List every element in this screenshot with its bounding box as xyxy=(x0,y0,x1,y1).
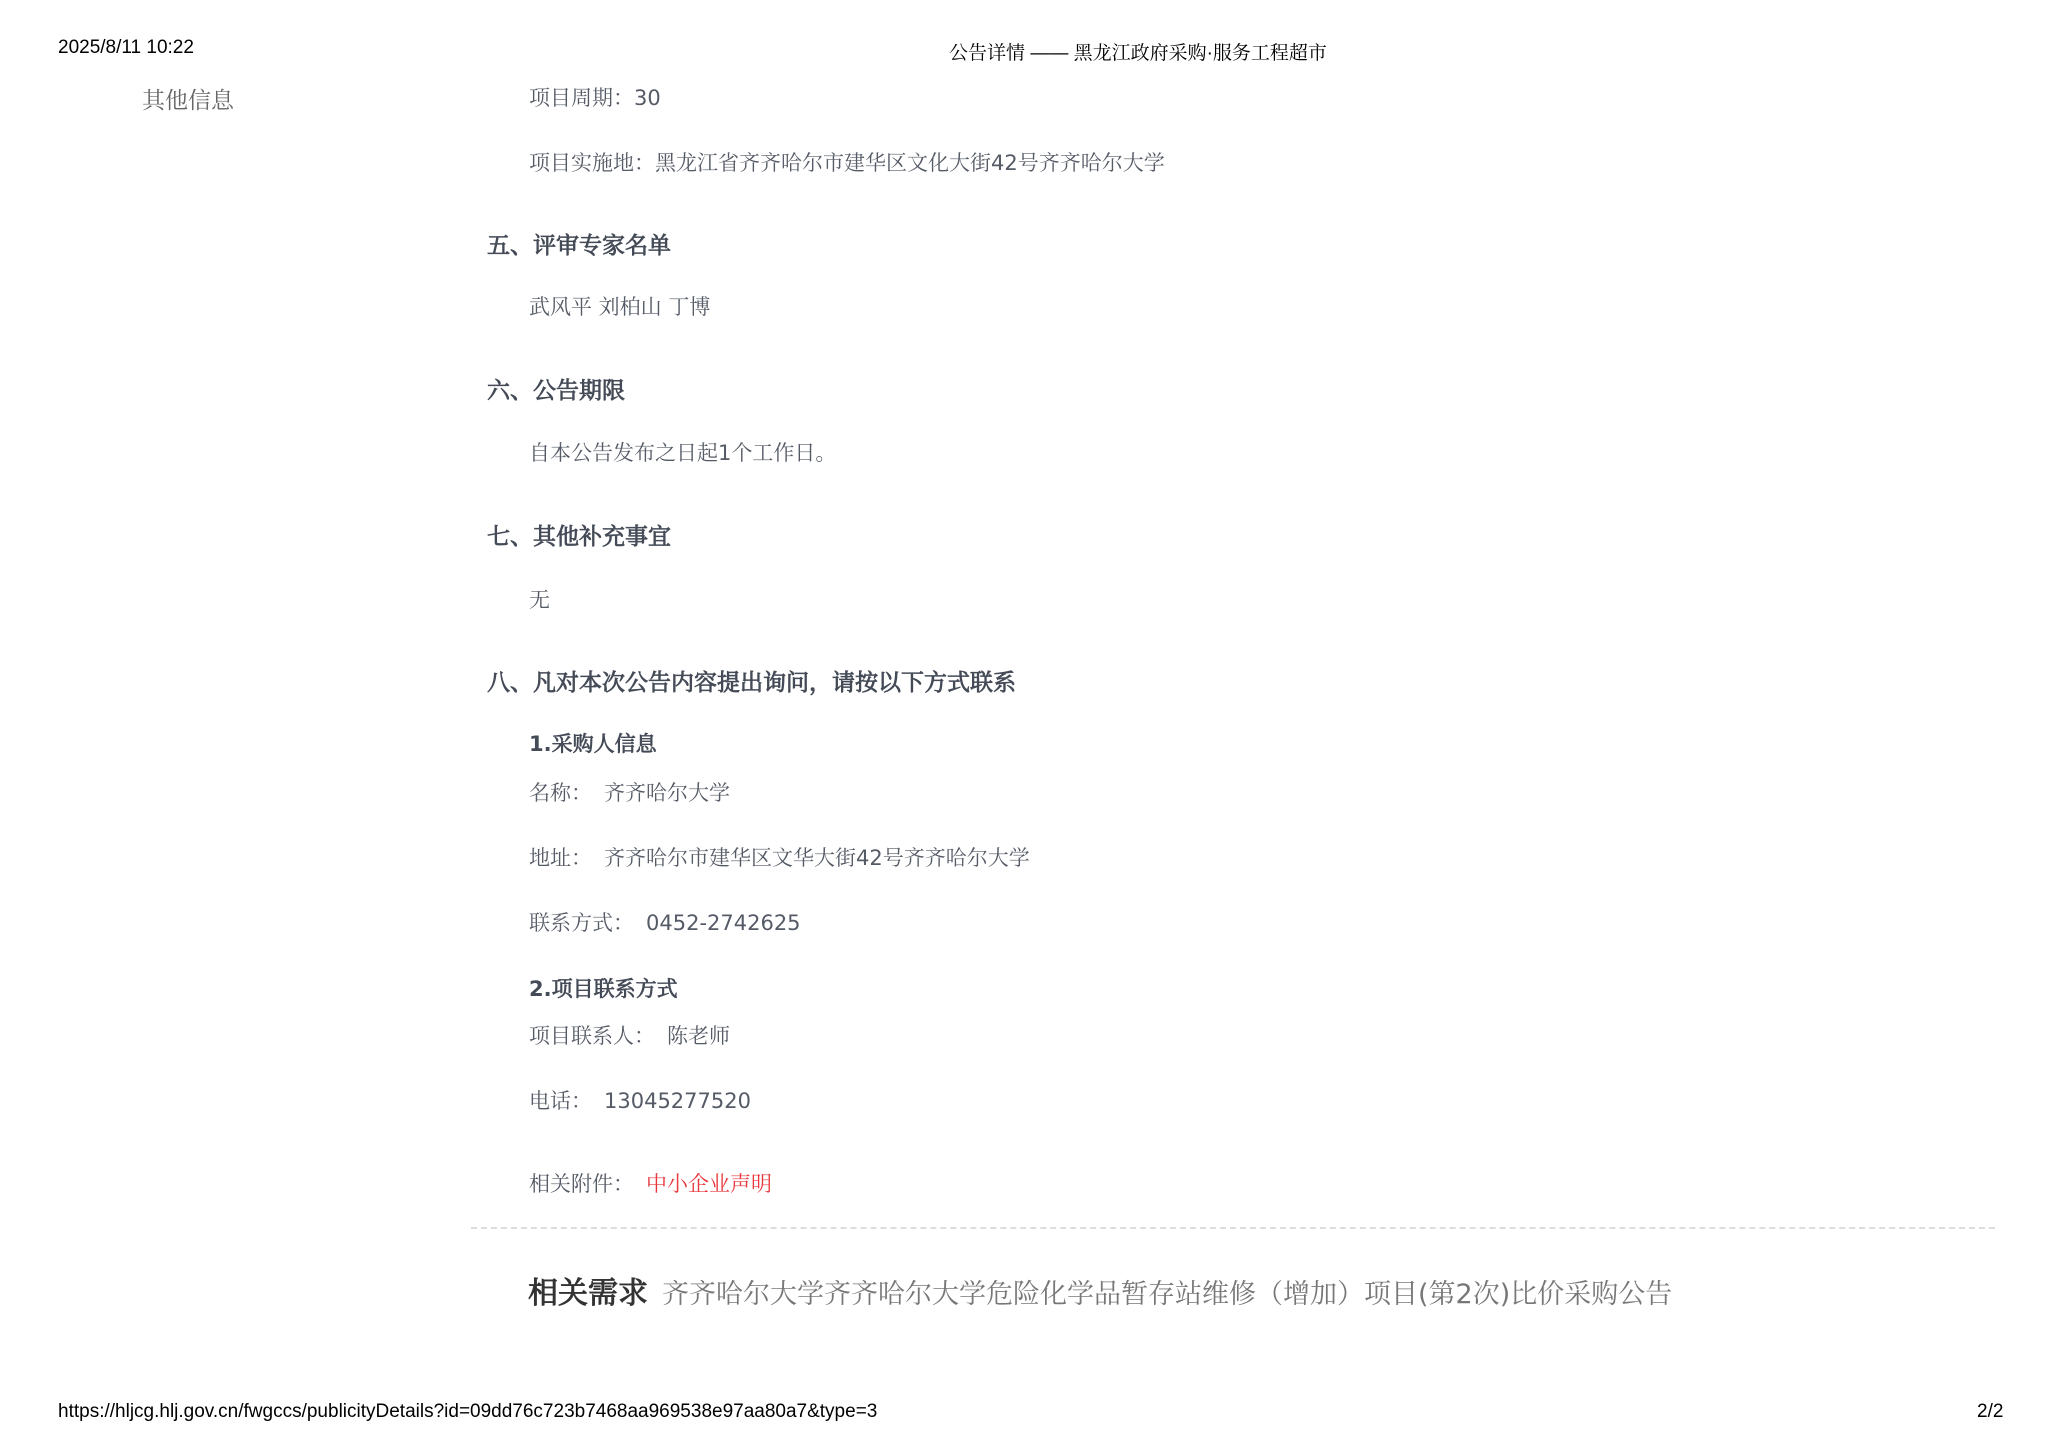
section-heading-contact: 八、凡对本次公告内容提出询问，请按以下方式联系 xyxy=(487,664,1016,697)
attachment-link-sme-declaration[interactable]: 中小企业声明 xyxy=(646,1172,772,1196)
section-heading-experts: 五、评审专家名单 xyxy=(487,227,671,260)
contact-person-value: 陈老师 xyxy=(667,1024,730,1048)
contact-person-label: 项目联系人： xyxy=(529,1024,655,1048)
section-heading-period: 六、公告期限 xyxy=(487,372,625,405)
related-label: 相关需求 xyxy=(528,1276,648,1311)
project-contact-phone: 电话：13045277520 xyxy=(529,1085,751,1115)
purchaser-contact: 联系方式：0452-2742625 xyxy=(529,907,801,937)
project-period: 项目周期：30 xyxy=(529,82,661,112)
purchaser-name: 名称：齐齐哈尔大学 xyxy=(529,777,730,807)
phone-label: 电话： xyxy=(529,1089,592,1113)
notice-period: 自本公告发布之日起1个工作日。 xyxy=(529,437,836,467)
purchaser-name-value: 齐齐哈尔大学 xyxy=(604,781,730,805)
purchaser-address: 地址：齐齐哈尔市建华区文华大街42号齐齐哈尔大学 xyxy=(529,842,1030,872)
purchaser-name-label: 名称： xyxy=(529,781,592,805)
purchaser-address-value: 齐齐哈尔市建华区文华大街42号齐齐哈尔大学 xyxy=(604,846,1030,870)
project-contact-person: 项目联系人：陈老师 xyxy=(529,1020,730,1050)
purchaser-address-label: 地址： xyxy=(529,846,592,870)
phone-value: 13045277520 xyxy=(604,1089,751,1113)
section-heading-other: 七、其他补充事宜 xyxy=(487,518,671,551)
divider xyxy=(471,1227,1995,1229)
related-requirement-link[interactable]: 齐齐哈尔大学齐齐哈尔大学危险化学品暂存站维修（增加）项目(第2次)比价采购公告 xyxy=(662,1279,1672,1310)
sidebar-item-other-info[interactable]: 其他信息 xyxy=(142,82,234,115)
other-matters: 无 xyxy=(529,584,550,614)
expert-list: 武风平 刘柏山 丁博 xyxy=(529,291,710,321)
purchaser-contact-value: 0452-2742625 xyxy=(646,911,801,935)
purchaser-heading: 1.采购人信息 xyxy=(529,728,657,758)
print-title: 公告详情 —— 黑龙江政府采购·服务工程超市 xyxy=(0,38,2048,65)
related-requirements: 相关需求齐齐哈尔大学齐齐哈尔大学危险化学品暂存站维修（增加）项目(第2次)比价采… xyxy=(528,1268,1672,1312)
print-url: https://hljcg.hlj.gov.cn/fwgccs/publicit… xyxy=(58,1401,877,1423)
attachments-row: 相关附件：中小企业声明 xyxy=(529,1168,772,1198)
purchaser-contact-label: 联系方式： xyxy=(529,911,634,935)
attachments-label: 相关附件： xyxy=(529,1172,634,1196)
page-number: 2/2 xyxy=(1977,1401,2003,1423)
project-contact-heading: 2.项目联系方式 xyxy=(529,973,678,1003)
project-location: 项目实施地：黑龙江省齐齐哈尔市建华区文化大街42号齐齐哈尔大学 xyxy=(529,147,1165,177)
